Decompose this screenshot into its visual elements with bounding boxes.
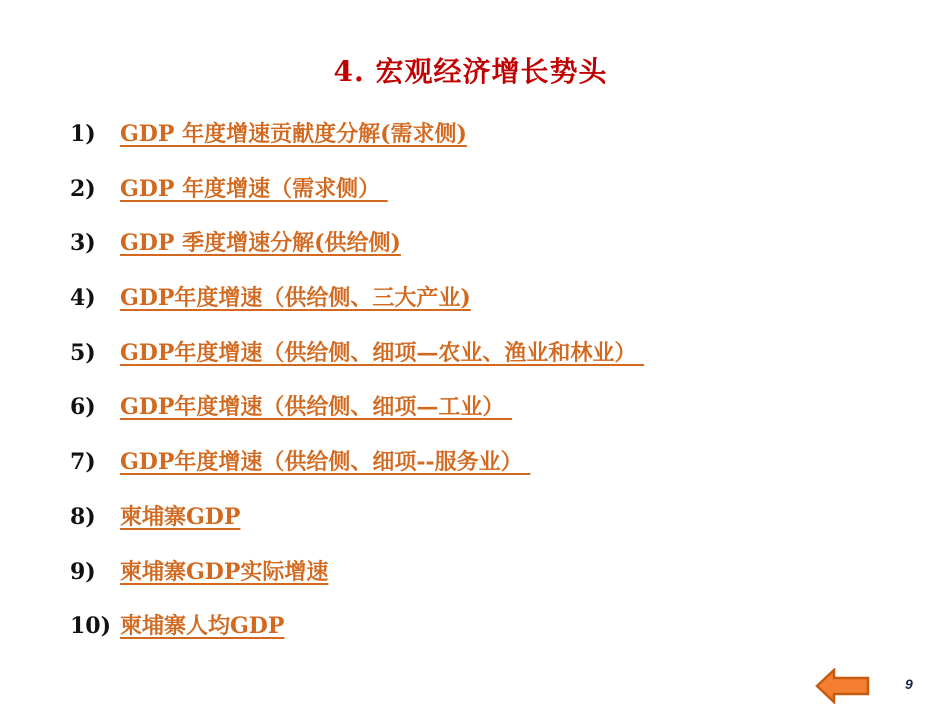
- toc-item-number: 10): [70, 606, 120, 646]
- toc-link-gdp-annual-growth-demand[interactable]: GDP 年度增速（需求侧）: [120, 169, 388, 209]
- back-button[interactable]: [815, 668, 870, 704]
- toc-item-number: 6): [70, 387, 120, 427]
- toc-item: 6) GDP年度增速（供给侧、细项—工业）: [70, 387, 644, 442]
- page-number: 9: [905, 676, 913, 692]
- toc-link-gdp-annual-three-industries[interactable]: GDP年度增速（供给侧、三大产业): [120, 278, 471, 318]
- toc-link-cambodia-real-gdp-growth[interactable]: 柬埔寨GDP实际增速: [120, 552, 328, 592]
- toc-link-cambodia-gdp[interactable]: 柬埔寨GDP: [120, 497, 240, 537]
- toc-item-number: 5): [70, 333, 120, 373]
- toc-item-number: 3): [70, 223, 120, 263]
- toc-item: 1) GDP 年度增速贡献度分解(需求侧): [70, 114, 644, 169]
- toc-item-number: 8): [70, 497, 120, 537]
- toc-item-number: 7): [70, 442, 120, 482]
- toc-item: 3) GDP 季度增速分解(供给侧): [70, 223, 644, 278]
- toc-item-number: 9): [70, 552, 120, 592]
- toc-item: 2) GDP 年度增速（需求侧）: [70, 169, 644, 224]
- toc-item-number: 1): [70, 114, 120, 154]
- toc-link-gdp-annual-agriculture[interactable]: GDP年度增速（供给侧、细项—农业、渔业和林业）: [120, 333, 644, 373]
- table-of-contents: 1) GDP 年度增速贡献度分解(需求侧) 2) GDP 年度增速（需求侧） 3…: [70, 114, 644, 661]
- left-arrow-icon: [815, 668, 870, 704]
- toc-item: 4) GDP年度增速（供给侧、三大产业): [70, 278, 644, 333]
- toc-link-cambodia-gdp-per-capita[interactable]: 柬埔寨人均GDP: [120, 606, 284, 646]
- toc-link-gdp-annual-contribution-demand[interactable]: GDP 年度增速贡献度分解(需求侧): [120, 114, 467, 154]
- toc-item-number: 2): [70, 169, 120, 209]
- toc-item: 10) 柬埔寨人均GDP: [70, 606, 644, 661]
- slide-title: 4. 宏观经济增长势头: [0, 52, 941, 92]
- toc-link-gdp-annual-industry[interactable]: GDP年度增速（供给侧、细项—工业）: [120, 387, 512, 427]
- toc-item: 9) 柬埔寨GDP实际增速: [70, 552, 644, 607]
- toc-link-gdp-annual-services[interactable]: GDP年度增速（供给侧、细项--服务业）: [120, 442, 530, 482]
- toc-item: 5) GDP年度增速（供给侧、细项—农业、渔业和林业）: [70, 333, 644, 388]
- toc-item-number: 4): [70, 278, 120, 318]
- toc-link-gdp-quarterly-supply[interactable]: GDP 季度增速分解(供给侧): [120, 223, 401, 263]
- toc-item: 7) GDP年度增速（供给侧、细项--服务业）: [70, 442, 644, 497]
- toc-item: 8) 柬埔寨GDP: [70, 497, 644, 552]
